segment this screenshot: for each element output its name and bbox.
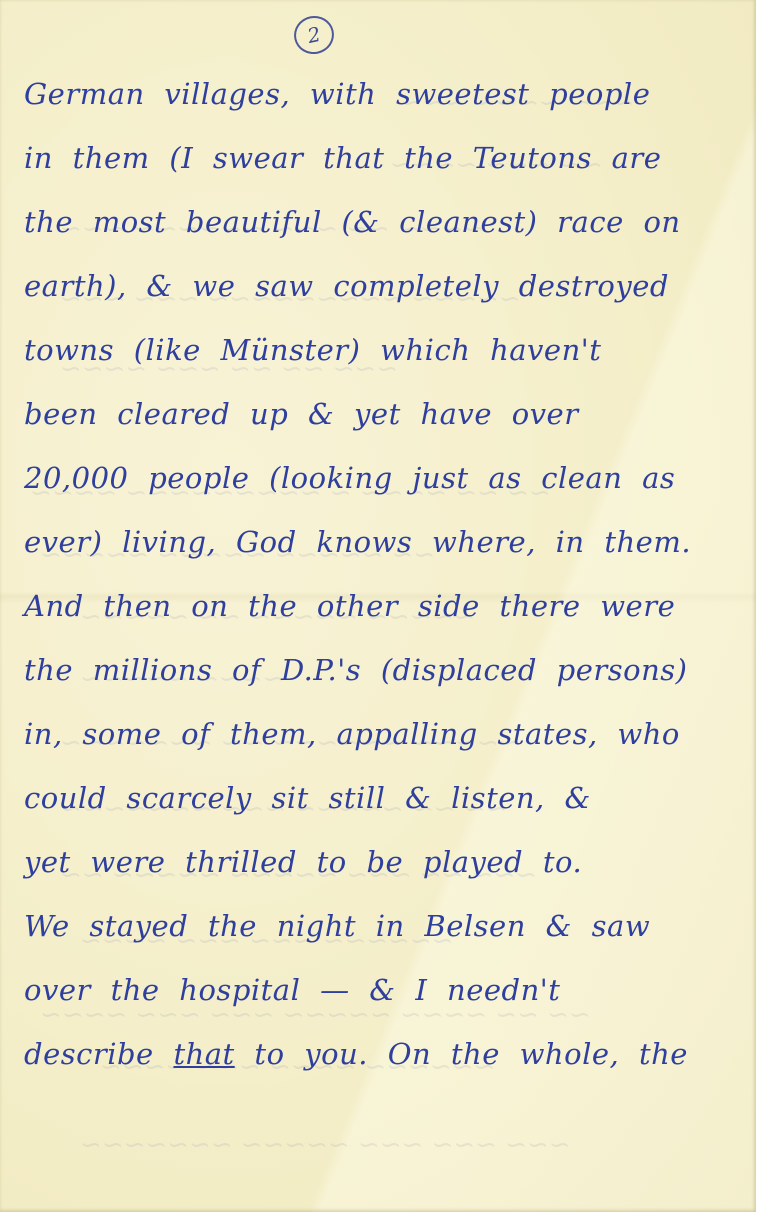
letter-line: over the hospital — & I needn't bbox=[24, 958, 744, 1022]
letter-line: We stayed the night in Belsen & saw bbox=[24, 894, 744, 958]
letter-line: could scarcely sit still & listen, & bbox=[24, 766, 744, 830]
letter-line: towns (like Münster) which haven't bbox=[24, 318, 744, 382]
letter-line: the millions of D.P.'s (displaced person… bbox=[24, 638, 744, 702]
letter-line: And then on the other side there were bbox=[24, 574, 744, 638]
letter-page: ~~~ ~~~~ ~~~ ~~ ~~~ ~~~~ ~~~~ ~~ ~~~ ~~~… bbox=[0, 0, 756, 1212]
letter-line: 20,000 people (looking just as clean as bbox=[24, 446, 744, 510]
letter-line: yet were thrilled to be played to. bbox=[24, 830, 744, 894]
bleed-through-text: ~~~ ~~~ ~~~ ~~~~~ ~~~~~~~ bbox=[80, 1130, 571, 1160]
letter-line: in them (I swear that the Teutons are bbox=[24, 126, 744, 190]
letter-line: in, some of them, appalling states, who bbox=[24, 702, 744, 766]
underlined-word: that bbox=[173, 1037, 234, 1071]
letter-line: ever) living, God knows where, in them. bbox=[24, 510, 744, 574]
letter-line: the most beautiful (& cleanest) race on bbox=[24, 190, 744, 254]
letter-line-last: describe that to you. On the whole, the bbox=[24, 1022, 744, 1086]
page-number: 2 bbox=[290, 12, 337, 57]
letter-line: been cleared up & yet have over bbox=[24, 382, 744, 446]
letter-line: earth), & we saw completely destroyed bbox=[24, 254, 744, 318]
letter-line: German villages, with sweetest people bbox=[24, 62, 744, 126]
letter-body: German villages, with sweetest people in… bbox=[24, 62, 744, 1086]
page-number-text: 2 bbox=[305, 22, 322, 48]
